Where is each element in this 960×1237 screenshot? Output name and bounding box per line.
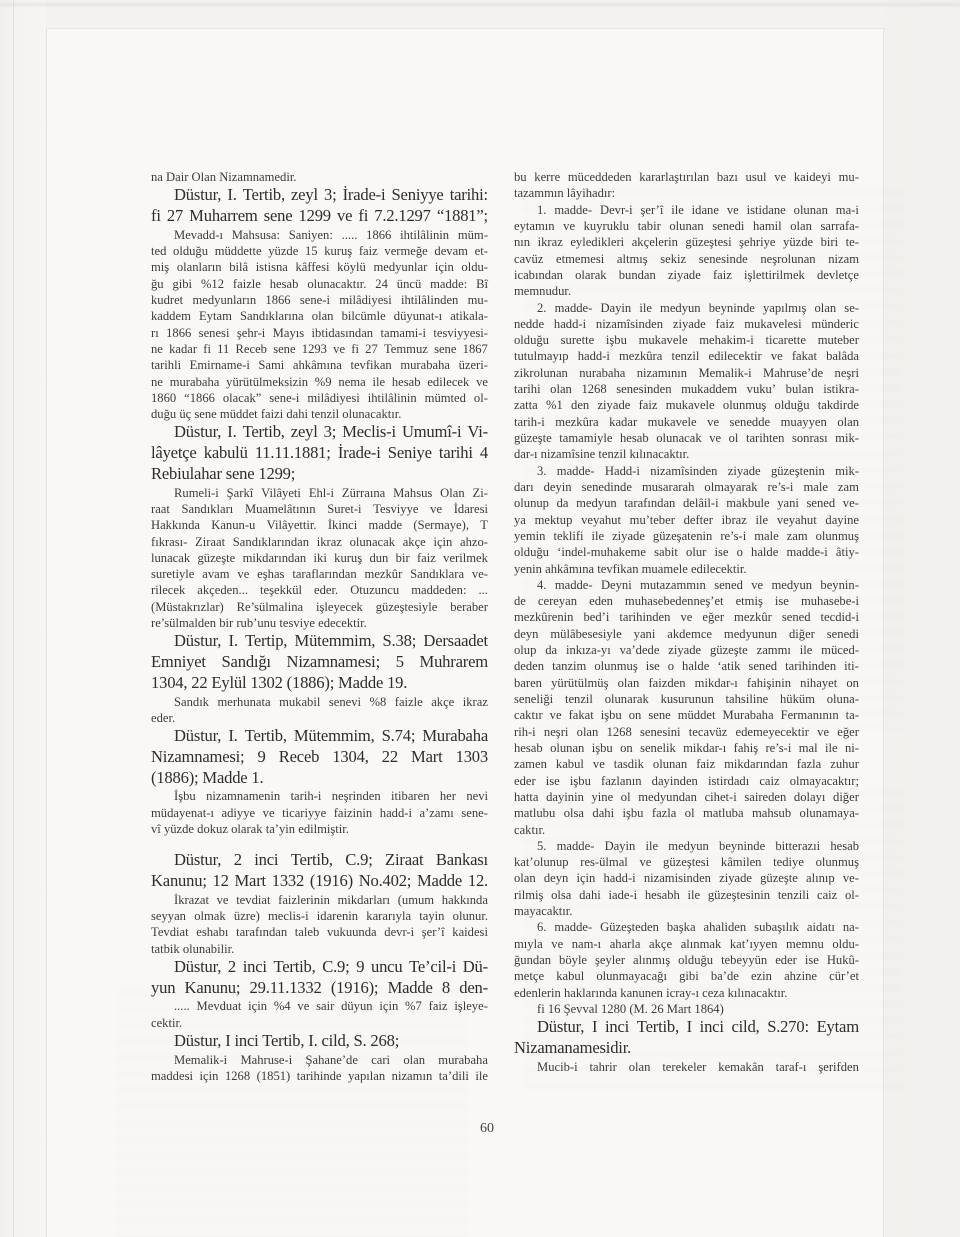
text-line: tarihliEmirname-iSamiahkâmınatevfikanmur… [151, 357, 488, 373]
text-line: metçekabulolunmayacağıgibiba’deezinahzin… [514, 968, 859, 984]
text-line: caktır. [514, 822, 859, 838]
text-line: nemurabahayürütülmeksizin%9nemailehesabe… [151, 374, 488, 390]
text-line: deynmülâbesesiyleyaniakdemcemedyunundiğe… [514, 626, 859, 642]
source-heading: Düstur,2inciTertib,C.9;9uncuTe’cil-iDü-y… [151, 957, 488, 998]
text-line: HakkındaKanun-uVilâyettir.İkincimadde(Se… [151, 517, 488, 533]
text-line: İşbunizamnamenintarih-ineşrindenitibaren… [151, 788, 488, 804]
text-line: eder. [151, 710, 488, 726]
text-line: zikrolunannurabahanizamınınMemalik-iMahr… [514, 365, 859, 381]
text-line: cavüzetmemesialtmışsekizsenesindeneşrolu… [514, 251, 859, 267]
scan-left-margin [0, 0, 46, 1237]
text-line: rilmişolsadahiiade-ihesabhilegüzeştesini… [514, 887, 859, 903]
paragraph: .....Mevduatiçin%4vesairdüyuniçin%7faizi… [151, 998, 488, 1031]
text-line: nekadarfi11Recebsene1293vefi27Temmuzsene… [151, 341, 488, 357]
paragraph: na Dair Olan Nizamnamedir. [151, 169, 488, 185]
text-line: Düstur,2inciTertib,C.9;9uncuTe’cil-iDü- [151, 957, 488, 978]
text-line: Düstur,I.Tertib,Mütemmim,S.74;Murabaha [151, 726, 488, 747]
text-line: ğugibi%12faizlehesabolunacaktır.24üncüma… [151, 276, 488, 292]
paragraph: bukerremüceddedenkararlaştırılanbazıusul… [514, 169, 859, 202]
text-line: yenin ahkâmına tevfikan muamele edilecek… [514, 561, 859, 577]
text-line: .....Mevduatiçin%4vesairdüyuniçin%7faizi… [151, 998, 488, 1014]
text-line: Sandıkmerhunatamukabilsenevi%8faizleakçe… [151, 694, 488, 710]
text-line: 5.madde-Dayinilemedyunbeynindebitterazıi… [514, 838, 859, 854]
text-line: icabındanolarakbundanziyadefaizişlettiri… [514, 267, 859, 283]
text-line: ğundanböyleşeyleralınmışolduğutebeyyüned… [514, 952, 859, 968]
paragraph: 1.madde-Devr-işer’îileidaneveistidaneolu… [514, 202, 859, 300]
text-line: Düstur, I inci Tertib, I. cild, S. 268; [151, 1031, 488, 1052]
text-line: vî yüzde dokuz olarak ta’yin edilmiştir. [151, 821, 488, 837]
paragraph: Rumeli-iŞarkîVilâyetiEhl-iZürraınaMahsus… [151, 485, 488, 632]
text-line: müdayenat-ıadiyyeveticariyyefaizininhadd… [151, 805, 488, 821]
text-line: Düstur,I.Tertib,zeyl3;İrade-iSeniyyetari… [151, 185, 488, 206]
text-line: Nizamanamesidir. [514, 1038, 859, 1059]
text-line: na Dair Olan Nizamnamedir. [151, 169, 488, 185]
source-heading: Düstur, I inci Tertib, I. cild, S. 268; [151, 1031, 488, 1052]
text-line: mezkûreninbed’itarihindenveeğermezkûrsen… [514, 609, 859, 625]
text-line: mişolanlarınbilâistisnakâffesiköylümedyu… [151, 259, 488, 275]
text-line: matlubuolsadahiişbufazlaolmatlubamahsubo… [514, 805, 859, 821]
paragraph: 3.madde-Hadd-inizamîsindenziyadegüzeşten… [514, 463, 859, 577]
text-line: fıkrası-ZiraatSandıklarındanikrazolunaca… [151, 534, 488, 550]
paragraph: Memalik-iMahruse-iŞahane’decariolanmurab… [151, 1052, 488, 1085]
text-line: olduğu‘indel-muhakemesabitoluriseohaldem… [514, 544, 859, 560]
text-line: suretiyleavamveeşhastaraflarındanmezkûrS… [151, 566, 488, 582]
text-line: tatbik olunabilir. [151, 941, 488, 957]
text-line: olunupdamedyuntarafındandelâil-imakbuley… [514, 495, 859, 511]
text-line: mayacaktır. [514, 903, 859, 919]
page-number: 60 [437, 1121, 537, 1137]
paragraph: İkrazatvetevdiatfaizlerininmikdarları(um… [151, 892, 488, 957]
text-line: Düstur,IinciTertib,Iincicild,S.270:Eytam [514, 1017, 859, 1038]
text-line: seyyanolmaküzre)meclis-iidareninkararıyl… [151, 908, 488, 924]
paragraph: 5.madde-Dayinilemedyunbeynindebitterazıi… [514, 838, 859, 920]
text-line: 6.madde-Güzeştedenbaşkaahalidensubaşılık… [514, 919, 859, 935]
text-line: Düstur,2inciTertib,C.9;ZiraatBankası [151, 850, 488, 871]
text-line: (1886); Madde 1. [151, 768, 488, 789]
text-line: olandeyniçinhadd-inizamisindenziyadegüze… [514, 870, 859, 886]
text-line: dedentanzimolunmuşiseohalde‘atiksenedtar… [514, 658, 859, 674]
text-line: 1860“1866olacak”sene-imilâdiyesiihtilâli… [151, 390, 488, 406]
text-line: 2.madde-Dayinilemedyunbeynindeyapılmışol… [514, 300, 859, 316]
text-line: fi27Muharremsene1299vefi7.2.1297“1881”; [151, 206, 488, 227]
text-line: rı1866senesişehr-iMayısibtidasındantamam… [151, 325, 488, 341]
text-line: edenlerin haklarında kanunen icray-ı cez… [514, 985, 859, 1001]
text-line: kat’olunupres-ülmalvegüzeştesikâmilented… [514, 854, 859, 870]
text-line: duğu üç sene müddet faizi dahi tenzil ol… [151, 406, 488, 422]
text-line: (Müstakrızlar)Re’sülmalinaişleyecekgüzeş… [151, 599, 488, 615]
text-line: tarihiolan1268senesindenmukaddemvuku’bul… [514, 381, 859, 397]
text-line: Rebiulahar sene 1299; [151, 464, 488, 485]
text-line: yunKanunu;29.11.1332(1916);Madde8den- [151, 978, 488, 999]
source-heading: Düstur,I.Tertip,Mütemmim,S.38;DersaadetE… [151, 631, 488, 693]
text-line: kaddemEytamSandıklarınaolanbilcümledüyun… [151, 308, 488, 324]
paragraph: 4.madde-Deynimutazammınsenedvemedyunbeyn… [514, 577, 859, 838]
text-line: memnudur. [514, 283, 859, 299]
text-line: raatSandıklarıMuamelâtınınSuret-iTesviyy… [151, 501, 488, 517]
scan-top-streak [0, 3, 960, 6]
book-page: na Dair Olan Nizamnamedir.Düstur,I.Terti… [46, 28, 884, 1237]
source-heading: Düstur,2inciTertib,C.9;ZiraatBankasıKanu… [151, 850, 488, 891]
text-line: zamenkabulvetasdikolunanfaizmikdarındanf… [514, 756, 859, 772]
text-line: EmniyetSandığıNizamnamesi;5Muhrarem [151, 652, 488, 673]
scan-right-margin [885, 0, 960, 1237]
text-line: Mucib-itahrirolanterekelerkemakântaraf-ı… [514, 1059, 859, 1075]
text-line: nınikrazeyledikleriakçeleringüzeştesişeh… [514, 234, 859, 250]
text-line: Tevdiateshabıtarafındantalebvukuundadevr… [151, 924, 488, 940]
text-line: Mevadd-ıMahsusa:Saniyen:.....1866ihtilâl… [151, 227, 488, 243]
paragraph: 6.madde-Güzeştedenbaşkaahalidensubaşılık… [514, 919, 859, 1001]
text-line: tarih-imezkûrakadarmukaveleveseneddemuay… [514, 414, 859, 430]
text-line: hattadayininyineolmedyundancihet-isaired… [514, 789, 859, 805]
text-line: 3.madde-Hadd-inizamîsindenziyadegüzeşten… [514, 463, 859, 479]
source-heading: Düstur,I.Tertib,zeyl3;Meclis-iUmumî-iVi-… [151, 422, 488, 484]
source-heading: Düstur,I.Tertib,zeyl3;İrade-iSeniyyetari… [151, 185, 488, 226]
text-line: barenyürütülmüşolanfaizdenmikdar-ıfahişi… [514, 675, 859, 691]
text-line: olupdainkıza-yıva’dedeziyadegüzeştezammı… [514, 642, 859, 658]
paragraph: Mucib-itahrirolanterekelerkemakântaraf-ı… [514, 1059, 859, 1075]
text-line: zatta%1denziyadefaizmukaveleolunmuşolduğ… [514, 397, 859, 413]
text-line: lâyetçekabulü11.11.1881;İrade-iSeniyetar… [151, 443, 488, 464]
text-line: ederiseişbufazlanındayindenistirdadıcaiz… [514, 773, 859, 789]
paragraph: 2.madde-Dayinilemedyunbeynindeyapılmışol… [514, 300, 859, 463]
scan-edge-line [13, 0, 14, 1237]
text-line: tedolduğumüddetteyüzde15kuruşfaizvermeğe… [151, 243, 488, 259]
text-line: hesabolunanişbuonsenelikmikdar-ıfahişre’… [514, 740, 859, 756]
text-line: Kanunu;12Mart1332(1916)No.402;Madde12. [151, 871, 488, 892]
text-line: Nizamnamesi;9Receb1304,22Mart1303 [151, 747, 488, 768]
text-line: rilecekakçeden...teşekküleder.Otuzuncuma… [151, 582, 488, 598]
text-line: İkrazatvetevdiatfaizlerininmikdarları(um… [151, 892, 488, 908]
paragraph: Sandıkmerhunatamukabilsenevi%8faizleakçe… [151, 694, 488, 727]
text-line: tutulmayıphadd-imezkûratenziledilecektir… [514, 348, 859, 364]
text-line: 1.madde-Devr-işer’îileidaneveistidaneolu… [514, 202, 859, 218]
text-line: seneliğitenzilolunarakkusurununtahsiline… [514, 691, 859, 707]
text-line: 4.madde-Deynimutazammınsenedvemedyunbeyn… [514, 577, 859, 593]
source-heading: Düstur,I.Tertib,Mütemmim,S.74;MurabahaNi… [151, 726, 488, 788]
text-line: neddehadd-inizamîsindenziyadefaizmukavel… [514, 316, 859, 332]
text-line: olduğusuretteişbumukavelemehakim-iticare… [514, 332, 859, 348]
text-line: Rumeli-iŞarkîVilâyetiEhl-iZürraınaMahsus… [151, 485, 488, 501]
text-line: dar-ı nizamîsine tenzil kılınacaktır. [514, 446, 859, 462]
text-line: eytamınvekuyruklutabirolunansenedihamilo… [514, 218, 859, 234]
text-line: maddesiiçin1268(1851)tarihindeyapılanniz… [151, 1068, 488, 1084]
right-column: bukerremüceddedenkararlaştırılanbazıusul… [514, 169, 859, 1075]
text-line: bukerremüceddedenkararlaştırılanbazıusul… [514, 169, 859, 185]
text-line: 1304, 22 Eylül 1302 (1886); Madde 19. [151, 673, 488, 694]
paragraph: fi 16 Şevval 1280 (M. 26 Mart 1864) [514, 1001, 859, 1017]
text-line: re’sülmalden bir rub’unu tesviye edecekt… [151, 615, 488, 631]
text-line: cektir. [151, 1015, 488, 1031]
text-line: tazammın lâyihadır: [514, 185, 859, 201]
text-line: güzeştetamamiylehesabolunacakveoltarihte… [514, 430, 859, 446]
paragraph: Mevadd-ıMahsusa:Saniyen:.....1866ihtilâl… [151, 227, 488, 423]
text-line: decereyanedenmuhasebedenneş’etetmişisemu… [514, 593, 859, 609]
text-line: caktırvefakatişbuonsenemüddetMurabahaFer… [514, 707, 859, 723]
paragraph: İşbunizamnamenintarih-ineşrindenitibaren… [151, 788, 488, 837]
text-line: kudretmedyunların1866sene-imilâdiyesiiht… [151, 292, 488, 308]
text-line: rih-ineşriolan1268senesinitecavüzedemeye… [514, 724, 859, 740]
text-line: Düstur,I.Tertip,Mütemmim,S.38;Dersaadet [151, 631, 488, 652]
left-column: na Dair Olan Nizamnamedir.Düstur,I.Terti… [151, 169, 488, 1084]
text-line: lunacakgüzeştemikdarındanikikuruşdunbirf… [151, 550, 488, 566]
text-line: fi 16 Şevval 1280 (M. 26 Mart 1864) [514, 1001, 859, 1017]
source-heading: Düstur,IinciTertib,Iincicild,S.270:Eytam… [514, 1017, 859, 1058]
text-line: darıdeyinsenedindemusararaholmayarakre’s… [514, 479, 859, 495]
text-line: yamektupveyahutmu’teberdefteribrazilevey… [514, 512, 859, 528]
text-line: Memalik-iMahruse-iŞahane’decariolanmurab… [151, 1052, 488, 1068]
text-line: Düstur,I.Tertib,zeyl3;Meclis-iUmumî-iVi- [151, 422, 488, 443]
text-line: mıylavenam-ıaharlaakçealınmakkat’ıyyenme… [514, 936, 859, 952]
text-line: yeminteklifiileziyadegüzeşateninre’s-ima… [514, 528, 859, 544]
